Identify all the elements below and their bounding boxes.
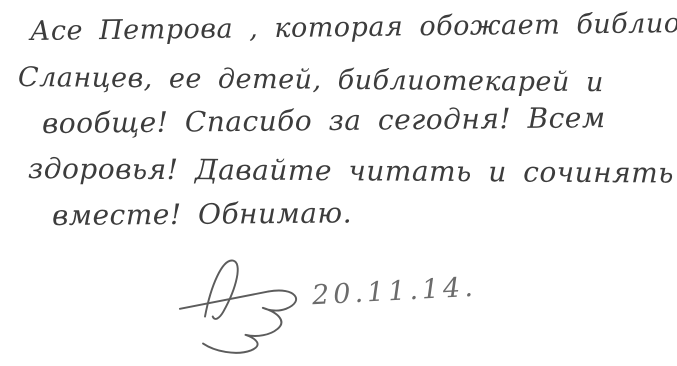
- signature-flourish: [178, 250, 313, 358]
- note-line-4: здоровья! Давайте читать и сочинять: [28, 152, 674, 190]
- handwritten-note: Асе Петрова , которая обожает библиотеку…: [0, 0, 677, 366]
- note-line-3: вообще! Спасибо за сегодня! Всем: [42, 101, 606, 140]
- note-line-5: вместе! Обнимаю.: [52, 196, 352, 232]
- note-line-1: Асе Петрова , которая обожает библиотеку: [30, 7, 677, 47]
- signature-ink-strokes: [178, 250, 313, 358]
- note-date: 20.11.14.: [311, 272, 477, 312]
- note-line-2: Сланцев, ее детей, библиотекарей и: [18, 62, 604, 98]
